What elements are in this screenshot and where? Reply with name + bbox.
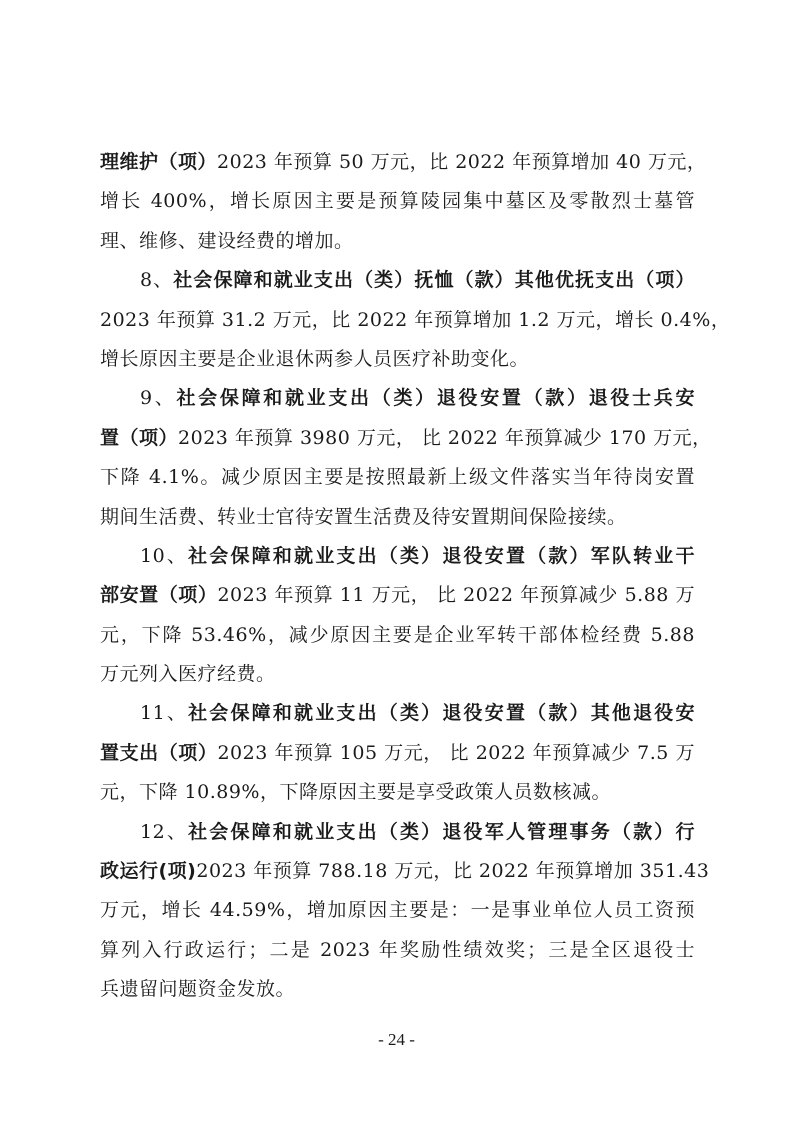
text-line: 元，下降 10.89%，下降原因主要是享受政策人员数核减。 [100, 773, 695, 812]
body-text: 期间生活费、转业士官待安置生活费及待安置期间保险接续。 [100, 506, 627, 528]
document-page: 理维护（项）2023 年预算 50 万元，比 2022 年预算增加 40 万元，… [0, 0, 793, 1122]
body-text: 万元，增长 44.59%，增加原因主要是：一是事业单位人员工资预 [100, 899, 695, 921]
body-text: 增长 400%，增长原因主要是预算陵园集中墓区及零散烈士墓管 [100, 190, 695, 212]
text-line: 理维护（项）2023 年预算 50 万元，比 2022 年预算增加 40 万元， [100, 143, 695, 182]
paragraph-p10: 10、社会保障和就业支出（类）退役安置（款）军队转业干部安置（项）2023 年预… [100, 537, 695, 695]
text-line: 置支出（项）2023 年预算 105 万元， 比 2022 年预算减少 7.5 … [100, 734, 695, 773]
text-line: 增长原因主要是企业退休两参人员医疗补助变化。 [100, 340, 695, 379]
item-heading: 社会保障和就业支出（类）抚恤（款）其他优抚支出（项） [173, 269, 695, 291]
item-number: 8、 [140, 269, 173, 291]
paragraph-p7-cont: 理维护（项）2023 年预算 50 万元，比 2022 年预算增加 40 万元，… [100, 143, 695, 261]
paragraph-p12: 12、社会保障和就业支出（类）退役军人管理事务（款）行政运行(项)2023 年预… [100, 813, 695, 1010]
text-line: 10、社会保障和就业支出（类）退役安置（款）军队转业干 [100, 537, 695, 576]
body-text: 算列入行政运行；二是 2023 年奖励性绩效奖；三是全区退役士 [100, 939, 695, 961]
body-text: 理、维修、建设经费的增加。 [100, 230, 354, 252]
paragraph-p9: 9、社会保障和就业支出（类）退役安置（款）退役士兵安置（项）2023 年预算 3… [100, 379, 695, 537]
text-line: 12、社会保障和就业支出（类）退役军人管理事务（款）行 [100, 813, 695, 852]
body-text: 2023 年预算 788.18 万元，比 2022 年预算增加 351.43 [196, 860, 709, 882]
item-heading: 社会保障和就业支出（类）退役安置（款）退役士兵安 [176, 387, 695, 409]
text-line: 期间生活费、转业士官待安置生活费及待安置期间保险接续。 [100, 498, 695, 537]
body-text: 兵遗留问题资金发放。 [100, 978, 295, 1000]
text-line: 下降 4.1%。减少原因主要是按照最新上级文件落实当年待岗安置 [100, 458, 695, 497]
item-heading: 部安置（项） [100, 584, 217, 606]
item-heading: 社会保障和就业支出（类）退役军人管理事务（款）行 [188, 821, 695, 843]
body-text: 增长原因主要是企业退休两参人员医疗补助变化。 [100, 348, 529, 370]
item-heading: 社会保障和就业支出（类）退役安置（款）军队转业干 [188, 545, 695, 567]
page-number: - 24 - [0, 1030, 793, 1050]
text-line: 万元列入医疗经费。 [100, 655, 695, 694]
item-heading: 理维护（项） [100, 151, 217, 173]
text-line: 算列入行政运行；二是 2023 年奖励性绩效奖；三是全区退役士 [100, 931, 695, 970]
text-line: 置（项）2023 年预算 3980 万元， 比 2022 年预算减少 170 万… [100, 419, 695, 458]
item-number: 11、 [140, 702, 188, 724]
body-text: 元，下降 53.46%，减少原因主要是企业军转干部体检经费 5.88 [100, 624, 695, 646]
item-heading: 社会保障和就业支出（类）退役安置（款）其他退役安 [188, 702, 695, 724]
item-heading: 置（项） [100, 427, 178, 449]
body-text: 2023 年预算 3980 万元， 比 2022 年预算减少 170 万元， [178, 427, 712, 449]
text-line: 9、社会保障和就业支出（类）退役安置（款）退役士兵安 [100, 379, 695, 418]
body-text: 2023 年预算 11 万元， 比 2022 年预算减少 5.88 万 [217, 584, 695, 606]
body-text: 2023 年预算 50 万元，比 2022 年预算增加 40 万元， [217, 151, 706, 173]
body-text: 万元列入医疗经费。 [100, 663, 276, 685]
text-line: 11、社会保障和就业支出（类）退役安置（款）其他退役安 [100, 694, 695, 733]
document-body: 理维护（项）2023 年预算 50 万元，比 2022 年预算增加 40 万元，… [100, 143, 695, 1010]
text-line: 万元，增长 44.59%，增加原因主要是：一是事业单位人员工资预 [100, 891, 695, 930]
text-line: 部安置（项）2023 年预算 11 万元， 比 2022 年预算减少 5.88 … [100, 576, 695, 615]
item-heading: 政运行(项) [100, 860, 196, 882]
body-text: 2023 年预算 105 万元， 比 2022 年预算减少 7.5 万 [217, 742, 695, 764]
text-line: 8、社会保障和就业支出（类）抚恤（款）其他优抚支出（项） [100, 261, 695, 300]
text-line: 元，下降 53.46%，减少原因主要是企业军转干部体检经费 5.88 [100, 616, 695, 655]
text-line: 兵遗留问题资金发放。 [100, 970, 695, 1009]
item-number: 10、 [140, 545, 188, 567]
body-text: 2023 年预算 31.2 万元，比 2022 年预算增加 1.2 万元，增长 … [100, 309, 730, 331]
body-text: 下降 4.1%。减少原因主要是按照最新上级文件落实当年待岗安置 [100, 466, 695, 488]
body-text: 元，下降 10.89%，下降原因主要是享受政策人员数核减。 [100, 781, 611, 803]
paragraph-p8: 8、社会保障和就业支出（类）抚恤（款）其他优抚支出（项）2023 年预算 31.… [100, 261, 695, 379]
text-line: 政运行(项)2023 年预算 788.18 万元，比 2022 年预算增加 35… [100, 852, 695, 891]
text-line: 2023 年预算 31.2 万元，比 2022 年预算增加 1.2 万元，增长 … [100, 301, 695, 340]
item-heading: 置支出（项） [100, 742, 217, 764]
text-line: 理、维修、建设经费的增加。 [100, 222, 695, 261]
paragraph-p11: 11、社会保障和就业支出（类）退役安置（款）其他退役安置支出（项）2023 年预… [100, 694, 695, 812]
text-line: 增长 400%，增长原因主要是预算陵园集中墓区及零散烈士墓管 [100, 182, 695, 221]
item-number: 12、 [140, 821, 188, 843]
item-number: 9、 [140, 387, 176, 409]
